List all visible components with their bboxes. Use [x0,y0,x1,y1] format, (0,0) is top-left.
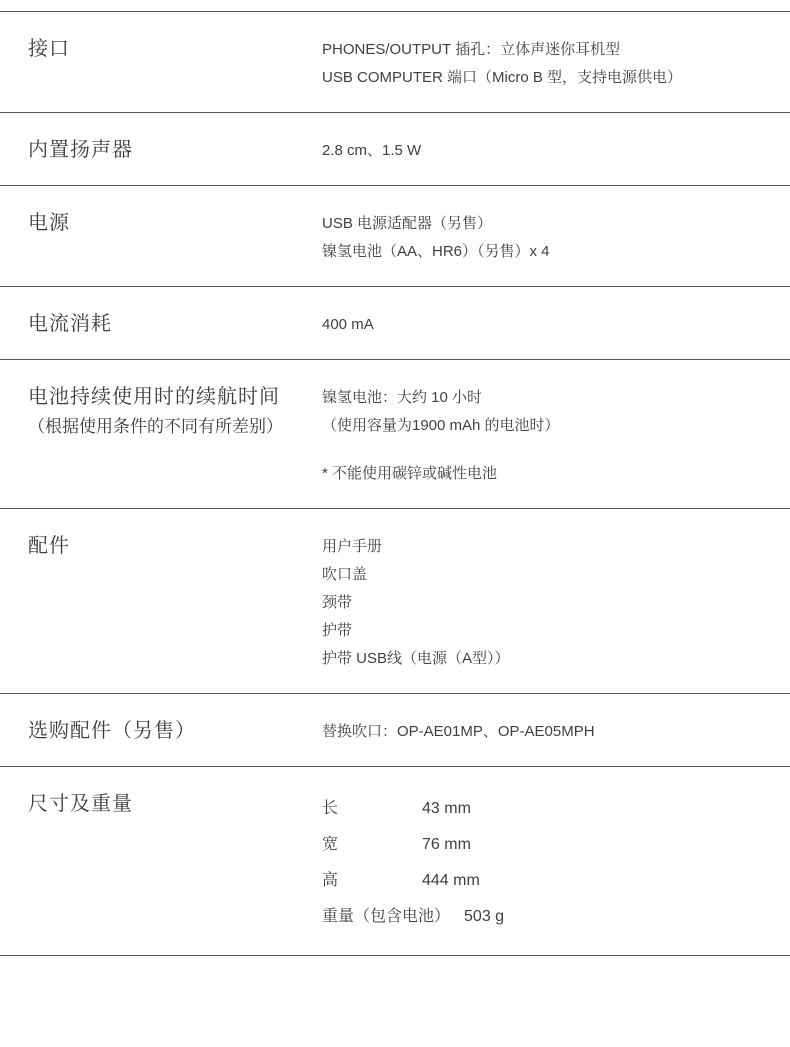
spec-row-accessories: 配件 用户手册 吹口盖 颈带 护带 护带 USB线（电源（A型）） [0,509,790,694]
spec-value-line: USB 电源适配器（另售） [322,210,766,238]
spec-row-power: 电源 USB 电源适配器（另售） 镍氢电池（AA、HR6）（另售）x 4 [0,186,790,287]
dimension-value: 76 mm [422,827,471,863]
spec-value-line: 颈带 [322,589,766,617]
spec-value-line: 镍氢电池：大约 10 小时 [322,384,766,412]
spec-row-battery-life: 电池持续使用时的续航时间 （根据使用条件的不同有所差别） 镍氢电池：大约 10 … [0,360,790,509]
spec-value-line: 替换吹口：OP-AE01MP、OP-AE05MPH [322,718,766,746]
spec-value-line: 镍氢电池（AA、HR6）（另售）x 4 [322,238,766,266]
spec-value-line: USB COMPUTER 端口（Micro B 型，支持电源供电） [322,64,766,92]
spec-row-optional-accessories: 选购配件（另售） 替换吹口：OP-AE01MP、OP-AE05MPH [0,694,790,767]
spec-value-line: 2.8 cm、1.5 W [322,137,766,165]
spec-value-line: 400 mA [322,311,766,339]
spec-value-line: PHONES/OUTPUT 插孔：立体声迷你耳机型 [322,36,766,64]
spec-label: 配件 [28,531,312,561]
spec-label: 电源 [28,208,312,238]
spec-table: 接口 PHONES/OUTPUT 插孔：立体声迷你耳机型 USB COMPUTE… [0,11,790,956]
spec-label: 选购配件（另售） [28,716,312,746]
spec-row-size-weight: 尺寸及重量 长 43 mm 宽 76 mm 高 444 mm 重量（包含电池） … [0,767,790,956]
dimension-name: 重量（包含电池） [322,899,450,935]
spec-value-line: （使用容量为1900 mAh 的电池时） [322,412,766,440]
dimension-row: 长 43 mm [322,791,766,827]
spec-label: 电池持续使用时的续航时间 [28,382,312,412]
spec-row-ports: 接口 PHONES/OUTPUT 插孔：立体声迷你耳机型 USB COMPUTE… [0,12,790,113]
spec-row-speaker: 内置扬声器 2.8 cm、1.5 W [0,113,790,186]
spec-row-current-draw: 电流消耗 400 mA [0,287,790,360]
dimension-row: 宽 76 mm [322,827,766,863]
spec-value-line: 护带 USB线（电源（A型）） [322,645,766,673]
spec-note: * 不能使用碳锌或碱性电池 [322,460,766,488]
dimension-value: 503 g [464,899,504,935]
spec-label: 接口 [28,34,312,64]
dimension-value: 444 mm [422,863,480,899]
dimension-row: 高 444 mm [322,863,766,899]
spec-sublabel: （根据使用条件的不同有所差别） [28,412,312,442]
dimension-name: 宽 [322,827,408,863]
dimension-value: 43 mm [422,791,471,827]
spec-value-line: 护带 [322,617,766,645]
spec-label: 内置扬声器 [28,135,312,165]
page: { "colors": { "background": "#ffffff", "… [0,0,790,1047]
dimension-name: 高 [322,863,408,899]
spec-label: 尺寸及重量 [28,789,312,819]
spec-label: 电流消耗 [28,309,312,339]
spec-value-line: 吹口盖 [322,561,766,589]
dimension-row: 重量（包含电池） 503 g [322,899,766,935]
spec-value-line: 用户手册 [322,533,766,561]
dimension-name: 长 [322,791,408,827]
